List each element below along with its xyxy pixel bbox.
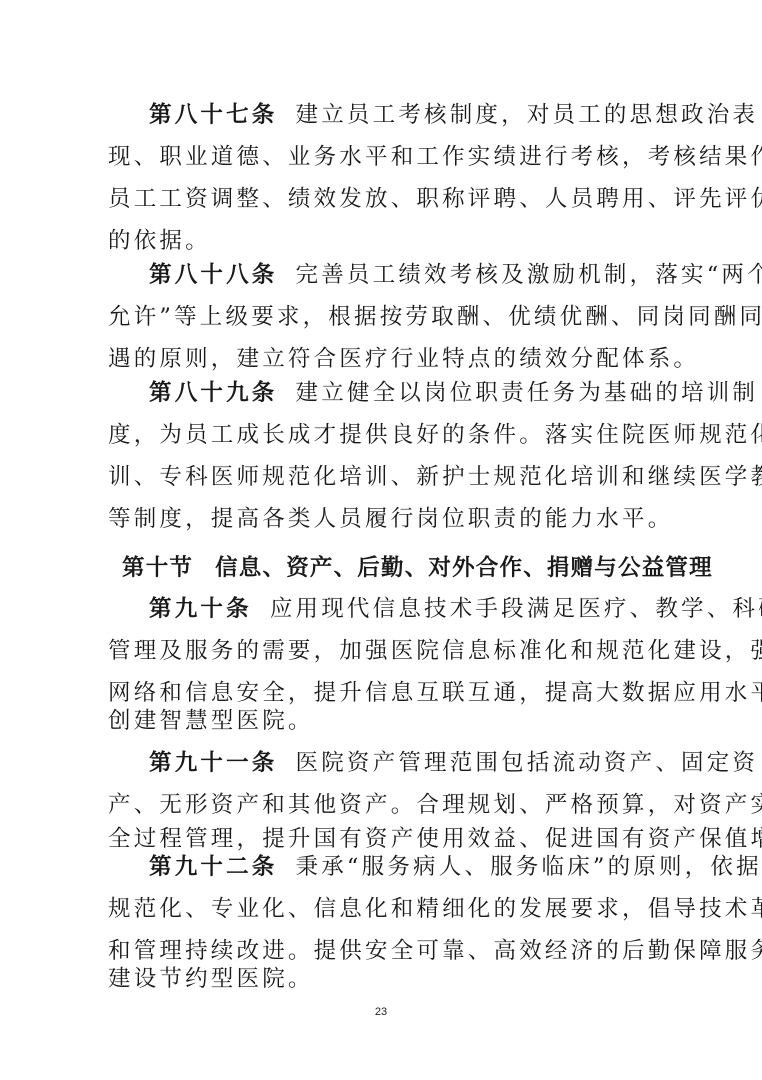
article-90-line-1: 第九十条应用现代信息技术手段满足医疗、教学、科研、 — [149, 594, 669, 624]
article-88-line-2: 允许”等上级要求，根据按劳取酬、优绩优酬、同岗同酬同待 — [108, 302, 668, 332]
article-88-line-3: 遇的原则，建立符合医疗行业特点的绩效分配体系。 — [108, 344, 668, 374]
article-89-line-3: 训、专科医师规范化培训、新护士规范化培训和继续医学教育 — [108, 462, 668, 492]
article-87-line-2: 现、职业道德、业务水平和工作实绩进行考核，考核结果作为 — [108, 142, 668, 172]
article-91-line-1: 第九十一条医院资产管理范围包括流动资产、固定资 — [149, 748, 669, 778]
article-87-line-1: 第八十七条建立员工考核制度，对员工的思想政治表 — [149, 100, 669, 130]
article-92-line-2: 规范化、专业化、信息化和精细化的发展要求，倡导技术革新 — [108, 894, 668, 924]
article-92-label: 第九十二条 — [149, 854, 278, 880]
article-89-line-2: 度，为员工成长成才提供良好的条件。落实住院医师规范化培 — [108, 420, 668, 450]
section-heading: 第十节信息、资产、后勤、对外合作、捐赠与公益管理 — [122, 553, 713, 583]
article-87-line-4: 的依据。 — [108, 226, 668, 256]
article-92-line-4: 建设节约型医院。 — [108, 964, 668, 994]
article-92-line-1: 第九十二条秉承“服务病人、服务临床”的原则，依据 — [149, 852, 669, 882]
article-88-label: 第八十八条 — [149, 262, 278, 288]
article-89-line-4: 等制度，提高各类人员履行岗位职责的能力水平。 — [108, 504, 668, 534]
page-number: 23 — [0, 1006, 762, 1018]
article-87-label: 第八十七条 — [149, 102, 278, 128]
article-87-line-3: 员工工资调整、绩效发放、职称评聘、人员聘用、评先评优等 — [108, 184, 668, 214]
article-88-line-1: 第八十八条完善员工绩效考核及激励机制，落实“两个 — [149, 260, 669, 290]
article-90-line-4: 创建智慧型医院。 — [108, 706, 668, 736]
article-91-line-2: 产、无形资产和其他资产。合理规划、严格预算，对资产实行 — [108, 790, 668, 820]
article-89-label: 第八十九条 — [149, 380, 278, 406]
section-title: 信息、资产、后勤、对外合作、捐赠与公益管理 — [215, 555, 713, 581]
article-90-label: 第九十条 — [149, 596, 252, 622]
article-91-label: 第九十一条 — [149, 750, 278, 776]
article-91-line-3: 全过程管理，提升国有资产使用效益、促进国有资产保值增值。 — [108, 824, 668, 854]
article-90-line-3: 网络和信息安全，提升信息互联互通，提高大数据应用水平， — [108, 678, 668, 708]
document-page: 第八十七条建立员工考核制度，对员工的思想政治表 现、职业道德、业务水平和工作实绩… — [0, 0, 762, 1080]
section-label: 第十节 — [122, 555, 193, 581]
article-90-line-2: 管理及服务的需要，加强医院信息标准化和规范化建设，强化 — [108, 636, 668, 666]
article-89-line-1: 第八十九条建立健全以岗位职责任务为基础的培训制 — [149, 378, 669, 408]
article-92-line-3: 和管理持续改进。提供安全可靠、高效经济的后勤保障服务， — [108, 936, 668, 966]
